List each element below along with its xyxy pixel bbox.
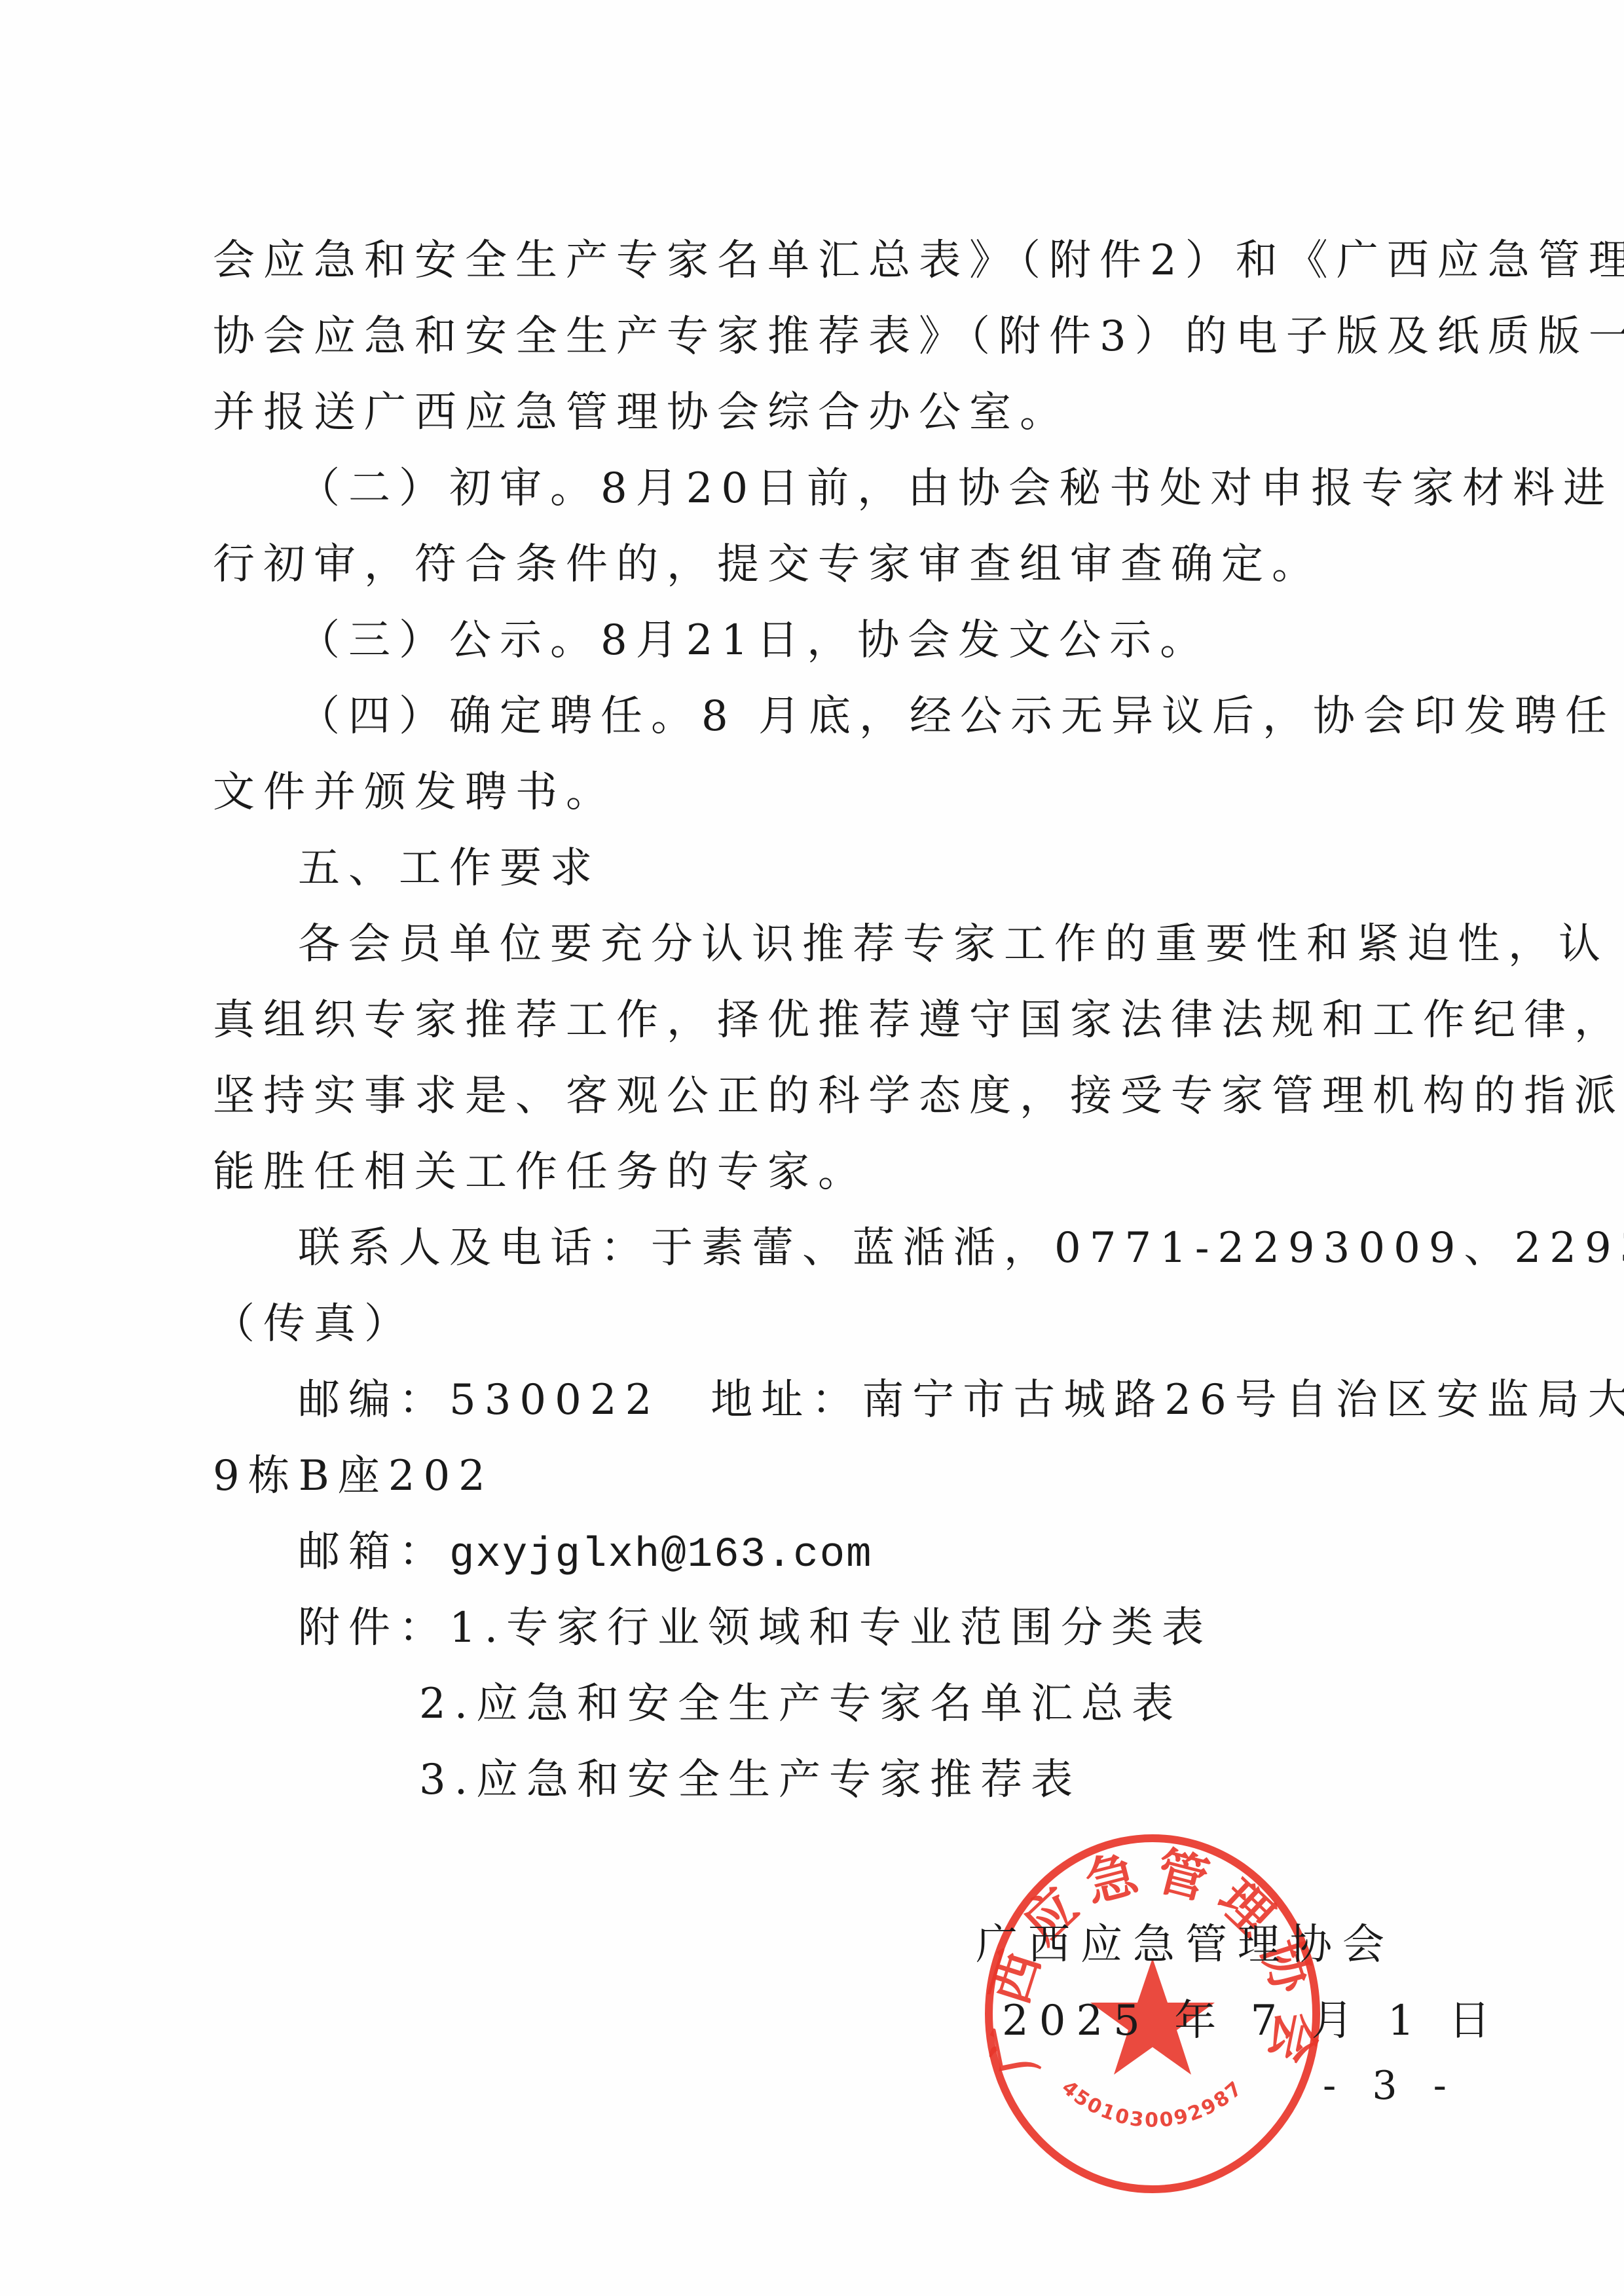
document-page: 会应急和安全生产专家名单汇总表》（附件2）和《广西应急管理 协会应急和安全生产专… <box>0 0 1624 2296</box>
postal-address-line-2: 9栋B座202 <box>213 1450 494 1502</box>
step-4-line-2: 文件并颁发聘书。 <box>213 766 616 819</box>
contact-phone-line: 联系人及电话：于素蕾、蓝湉湉，0771-2293009、2293016 <box>298 1222 1624 1274</box>
postal-address-line-1: 邮编：530022 地址：南宁市古城路26号自治区安监局大院 <box>298 1374 1624 1426</box>
paragraph-continuation-line-2: 协会应急和安全生产专家推荐表》（附件3）的电子版及纸质版一 <box>213 310 1624 363</box>
step-2-line-1: （二）初审。8月20日前，由协会秘书处对申报专家材料进 <box>298 462 1614 515</box>
section-5-line-4: 能胜任相关工作任务的专家。 <box>213 1146 868 1198</box>
section-5-line-3: 坚持实事求是、客观公正的科学态度，接受专家管理机构的指派， <box>213 1070 1624 1122</box>
page-number: - 3 - <box>1323 2063 1458 2109</box>
step-2-line-2: 行初审，符合条件的，提交专家审查组审查确定。 <box>213 538 1322 591</box>
attachment-line-1: 附件：1.专家行业领域和专业范围分类表 <box>298 1602 1212 1654</box>
step-4-line-1: （四）确定聘任。8 月底，经公示无异议后，协会印发聘任 <box>298 690 1615 743</box>
section-5-line-1: 各会员单位要充分认识推荐专家工作的重要性和紧迫性，认 <box>298 918 1609 971</box>
email-line: 邮箱：gxyjglxh@163.com <box>298 1526 873 1582</box>
attachment-item-3: 3.应急和安全生产专家推荐表 <box>419 1754 1081 1806</box>
paragraph-continuation-line-3: 并报送广西应急管理协会综合办公室。 <box>213 386 1070 439</box>
paragraph-continuation-line-1: 会应急和安全生产专家名单汇总表》（附件2）和《广西应急管理 <box>213 234 1624 287</box>
signature-organization: 广西应急管理协会 <box>976 1919 1395 1971</box>
email-address[interactable]: gxyjglxh@163.com <box>449 1532 873 1579</box>
step-3-line-1: （三）公示。8月21日，协会发文公示。 <box>298 614 1210 667</box>
attachment-item-1: 1.专家行业领域和专业范围分类表 <box>449 1604 1212 1652</box>
attachment-item-2: 2.应急和安全生产专家名单汇总表 <box>419 1678 1182 1730</box>
signature-date: 2025 年 7 月 1 日 <box>1002 1995 1501 2047</box>
attachments-label: 附件： <box>298 1604 449 1652</box>
contact-fax-note: （传真） <box>213 1298 415 1350</box>
email-label: 邮箱： <box>298 1528 449 1576</box>
svg-text:4501030092987: 4501030092987 <box>1057 2076 1247 2132</box>
section-5-line-2: 真组织专家推荐工作，择优推荐遵守国家法律法规和工作纪律， <box>213 994 1624 1046</box>
section-5-heading: 五、工作要求 <box>298 842 600 895</box>
